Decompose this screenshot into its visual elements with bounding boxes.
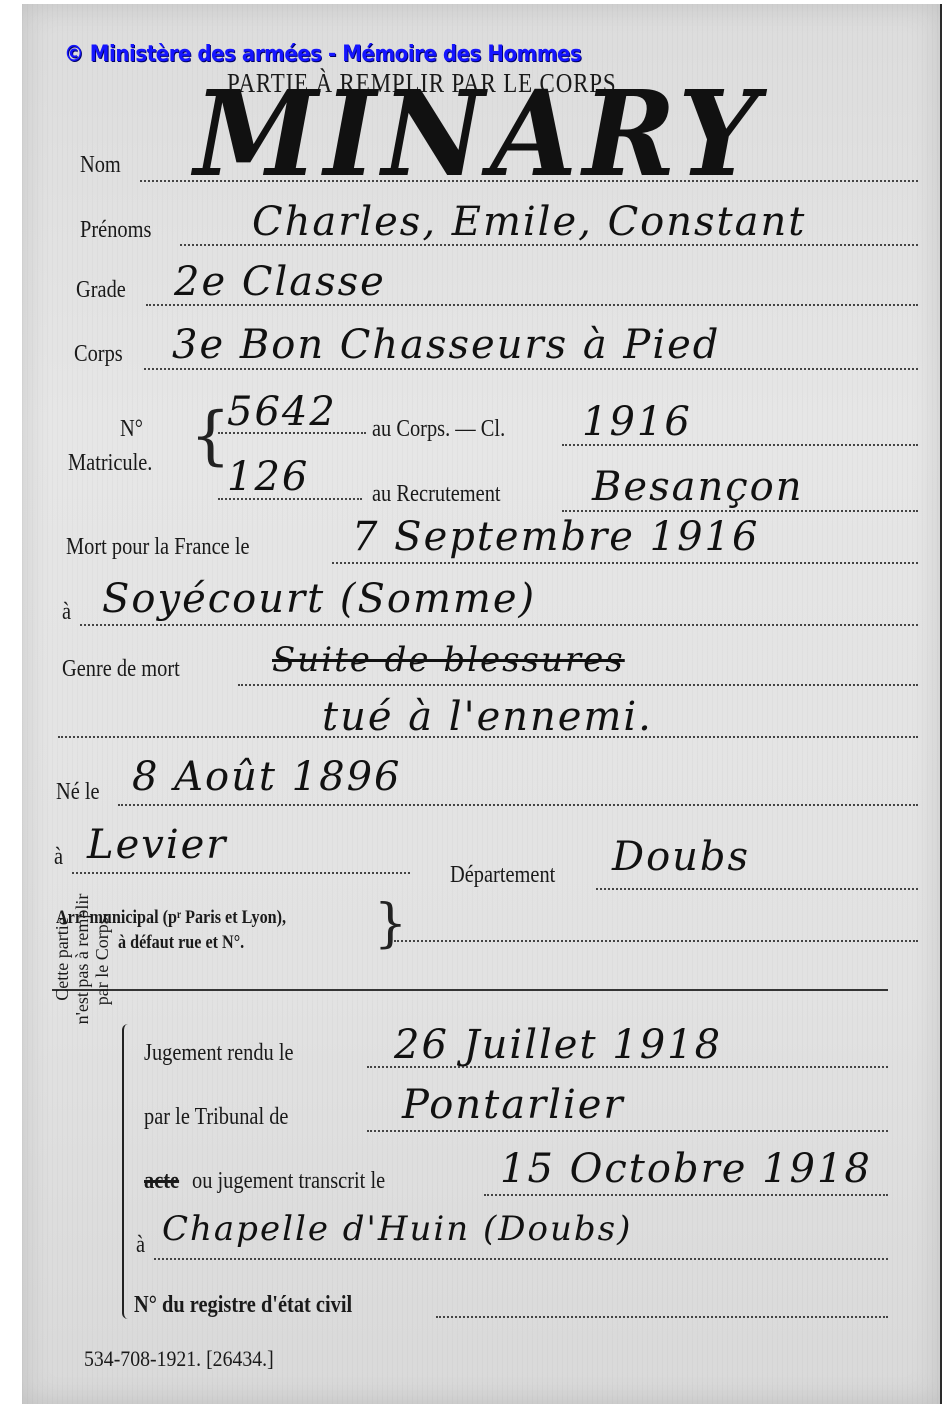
bracket-civil-section (122, 1024, 128, 1319)
side-note-line-2: n'est pas à remplir (72, 844, 92, 1074)
dotline-corps (144, 368, 918, 370)
value-departement: Doubs (612, 834, 750, 880)
label-ne-le: Né le (56, 779, 100, 806)
dotline-date-deces (332, 562, 918, 564)
value-jugement-date: 26 Juillet 1918 (394, 1022, 722, 1068)
label-arr-municipal-2: à défaut rue et N°. (118, 932, 244, 954)
label-tribunal: par le Tribunal de (144, 1104, 288, 1131)
value-prenoms: Charles, Emile, Constant (252, 199, 806, 245)
label-transcrit-prefix: acte (144, 1168, 179, 1195)
dotline-registre (436, 1316, 888, 1318)
value-genre-de-mort: tué à l'ennemi. (322, 694, 653, 740)
value-transcrit-date: 15 Octobre 1918 (500, 1146, 872, 1192)
dotline-arr-municipal (394, 940, 918, 942)
label-jugement-rendu: Jugement rendu le (144, 1040, 294, 1067)
death-record-card: © Ministère des armées - Mémoire des Hom… (22, 4, 942, 1404)
label-prenoms: Prénoms (80, 217, 151, 244)
value-matricule-corps: 5642 (227, 389, 337, 435)
dotline-genre-de-mort (238, 684, 918, 686)
dotline-transcrit-date (484, 1194, 888, 1196)
label-lieu-deces: à (62, 599, 71, 626)
label-au-recrutement: au Recrutement (372, 481, 501, 508)
label-grade: Grade (76, 277, 126, 304)
value-recrutement: Besançon (592, 464, 803, 510)
dotline-tribunal (367, 1130, 888, 1132)
value-lieu-transcription: Chapelle d'Huin (Doubs) (162, 1209, 632, 1249)
side-note-line-1: Cette partie (52, 844, 72, 1074)
value-corps: 3e Bon Chasseurs à Pied (172, 322, 720, 368)
brace-arr-municipal: } (374, 894, 407, 954)
side-note-line-3: par le Corps. (92, 844, 112, 1074)
label-lieu-transcription: à (136, 1232, 145, 1259)
label-matricule-no: N° (120, 416, 143, 443)
label-matricule: Matricule. (68, 450, 152, 477)
value-matricule-recrutement: 126 (227, 454, 309, 500)
label-corps: Corps (74, 341, 123, 368)
label-registre: N° du registre d'état civil (134, 1292, 352, 1319)
dotline-lieu-naissance (72, 872, 410, 874)
value-lieu-deces: Soyécourt (Somme) (102, 576, 536, 622)
side-note: Cette partie n'est pas à remplir par le … (52, 844, 112, 1074)
value-date-deces: 7 Septembre 1916 (352, 514, 759, 560)
dotline-departement (596, 888, 918, 890)
dotline-lieu-transcription (154, 1258, 888, 1260)
value-nom: MINARY (194, 64, 764, 203)
section-divider (52, 989, 888, 991)
dotline-recrutement (562, 510, 918, 512)
value-date-naissance: 8 Août 1896 (132, 754, 401, 800)
label-transcrit: ou jugement transcrit le (192, 1168, 385, 1195)
value-classe: 1916 (582, 399, 692, 445)
brace-matricule: { (190, 399, 231, 473)
dotline-lieu-deces (80, 624, 918, 626)
value-genre-de-mort-barre: Suite de blessures (272, 640, 625, 680)
label-genre-de-mort: Genre de mort (62, 656, 180, 683)
print-code: 534-708-1921. [26434.] (84, 1346, 274, 1372)
copyright-watermark: © Ministère des armées - Mémoire des Hom… (64, 42, 581, 67)
label-departement: Département (450, 862, 555, 889)
dotline-date-naissance (118, 804, 918, 806)
value-tribunal: Pontarlier (402, 1082, 625, 1128)
label-nom: Nom (80, 152, 121, 179)
label-mort-pour-la-france: Mort pour la France le (66, 534, 250, 561)
value-grade: 2e Classe (174, 259, 386, 305)
label-au-corps: au Corps. — Cl. (372, 416, 505, 443)
